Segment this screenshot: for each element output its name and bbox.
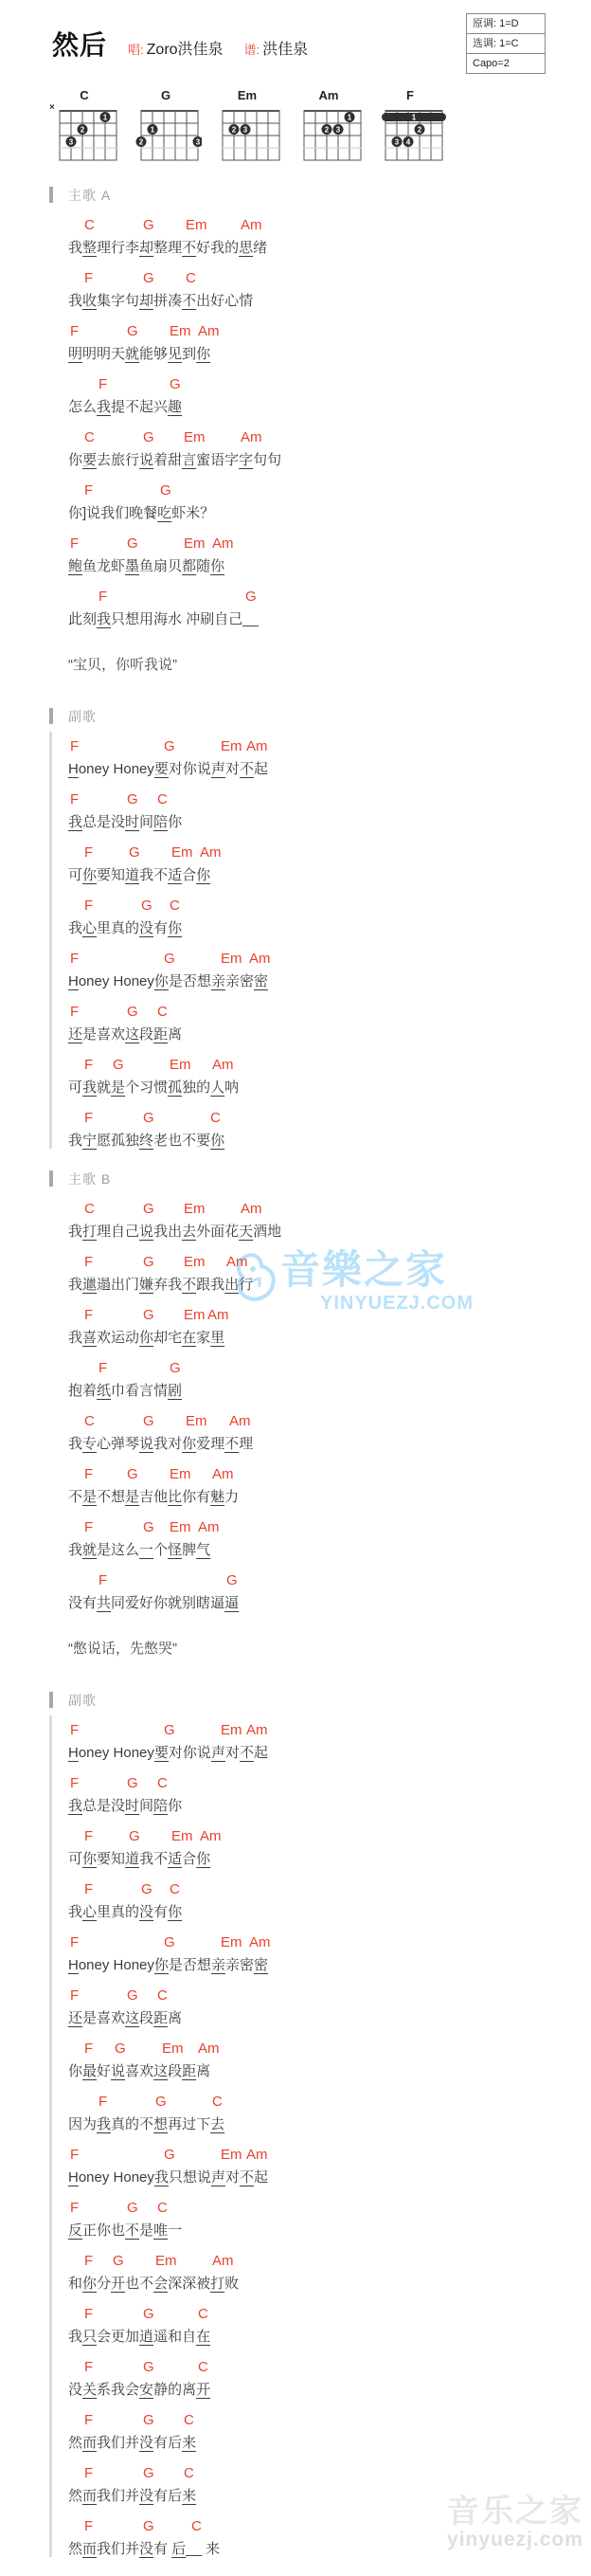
chord-label: F bbox=[98, 1360, 107, 1376]
lyric-line-group: FGEmAmHoney Honey要对你说声对不起 bbox=[68, 1714, 591, 1767]
chord-diagram-C: C×123 bbox=[48, 87, 120, 171]
chord-sheet-page: 原调: 1=D 选调: 1=C Capo=2 然后唱:Zoro洪佳泉谱:洪佳泉 … bbox=[0, 0, 591, 2576]
underlined-char: 没 bbox=[139, 2435, 153, 2451]
chord-label: F bbox=[70, 1004, 79, 1020]
lyric-line-group: FGC反正你也不是唯一 bbox=[68, 2191, 591, 2244]
chord-label: F bbox=[70, 738, 79, 754]
underlined-char: 去 bbox=[182, 1224, 196, 1240]
quote-line: “宝贝，你听我说” bbox=[68, 652, 591, 679]
lyric-line-group: FGC我收集字句却拼凑不出好心情 bbox=[68, 262, 591, 315]
chord-label: Am bbox=[200, 844, 222, 861]
lyric-line-group: FGC因为我真的不想再过下去 bbox=[68, 2085, 591, 2138]
chord-label: G bbox=[143, 2359, 154, 2375]
svg-text:1: 1 bbox=[348, 113, 352, 121]
chord-row: FGEmAm bbox=[68, 1511, 591, 1538]
score-name: 洪佳泉 bbox=[262, 42, 308, 58]
lyric-row: 我打理自己说我出去外面花天酒地 bbox=[68, 1220, 591, 1245]
lyric-line-group: FGC我总是没时间陪你 bbox=[68, 783, 591, 836]
lyric-line-group: FG怎么我提不起兴趣 bbox=[68, 368, 591, 421]
lyric-row: 我只会更加逍遥和自在 bbox=[68, 2325, 591, 2350]
chord-row: FG bbox=[68, 1564, 591, 1591]
section-label: 副歌 bbox=[68, 709, 97, 724]
svg-text:4: 4 bbox=[406, 137, 411, 146]
lyric-line-group: FGC没关系我会安静的离开 bbox=[68, 2350, 591, 2404]
underlined-char: 却 bbox=[139, 293, 153, 309]
underlined-char: 逼 bbox=[224, 1595, 239, 1611]
chord-row: FGC bbox=[68, 2085, 591, 2113]
underlined-char: 亲 bbox=[211, 1957, 225, 1973]
svg-text:3: 3 bbox=[69, 137, 74, 146]
lyric-row: 可你要知道我不适合你 bbox=[68, 1847, 591, 1873]
chord-label: G bbox=[143, 1307, 154, 1323]
underlined-char: 孤 bbox=[168, 1079, 182, 1096]
lyric-row: Honey Honey我只想说声对不起 bbox=[68, 2166, 591, 2191]
lyric-row: 怎么我提不起兴趣 bbox=[68, 395, 591, 421]
lyric-row: 我就是这么一个怪脾气 bbox=[68, 1538, 591, 1564]
lyric-line-group: FGEmAm可你要知道我不适合你 bbox=[68, 836, 591, 889]
lyric-line-group: FGEmAm不是不想是吉他比你有魅力 bbox=[68, 1458, 591, 1511]
underlined-char: 而 bbox=[82, 2435, 97, 2451]
underlined-char: 我 bbox=[154, 2169, 169, 2186]
underlined-char: 你 bbox=[196, 346, 210, 362]
lyric-row: 可我就是个习惯孤独的人呐 bbox=[68, 1076, 591, 1101]
chord-label: Am bbox=[198, 2041, 220, 2057]
chord-label: Em bbox=[221, 2147, 242, 2163]
chord-row: FG bbox=[68, 580, 591, 608]
chord-label: F bbox=[84, 898, 93, 914]
lyric-row: 抱着纸巾看言情剧 bbox=[68, 1379, 591, 1405]
chord-row: FGC bbox=[68, 783, 591, 810]
chord-label: Am bbox=[246, 2147, 268, 2163]
lyric-line-group: FGEmAmHoney Honey我只想说声对不起 bbox=[68, 2138, 591, 2191]
chord-label: F bbox=[84, 1519, 93, 1535]
lyric-row: 和你分开也不会深深被打败 bbox=[68, 2272, 591, 2297]
chord-row: FGEmAm bbox=[68, 1458, 591, 1485]
lyric-row: 我总是没时间陪你 bbox=[68, 810, 591, 836]
section-label-bar bbox=[49, 1170, 53, 1187]
section-label: 副歌 bbox=[68, 1693, 97, 1708]
chord-row: FGEmAm bbox=[68, 2032, 591, 2059]
chord-label: C bbox=[84, 429, 95, 445]
underlined-char: 会 bbox=[153, 2276, 168, 2292]
key-info-box: 原调: 1=D 选调: 1=C Capo=2 bbox=[466, 13, 546, 74]
section-verse-b: 主歌 BCGEmAm我打理自己说我出去外面花天酒地FGEmAm我邋遢出门嫌弃我不… bbox=[68, 1166, 591, 1617]
underlined-char: 专 bbox=[82, 1436, 97, 1452]
underlined-char: 你 bbox=[196, 867, 210, 883]
underlined-char: 后 bbox=[171, 2541, 186, 2557]
score-label: 谱: bbox=[244, 43, 260, 57]
underlined-char: 都 bbox=[182, 558, 196, 574]
underlined-char: 人 bbox=[210, 1079, 224, 1096]
underlined-char: 打 bbox=[82, 1224, 97, 1240]
underlined-char: 不 bbox=[240, 2169, 254, 2186]
chord-label: G bbox=[143, 2306, 154, 2322]
chord-row: FGEmAm bbox=[68, 836, 591, 863]
underlined-char: 你 bbox=[82, 867, 97, 883]
chord-label: F bbox=[84, 1307, 93, 1323]
chord-label: Em bbox=[155, 2253, 177, 2269]
chord-label: F bbox=[84, 2253, 93, 2269]
underlined-char: 还 bbox=[68, 1026, 82, 1043]
chord-row: FGEmAm bbox=[68, 1048, 591, 1076]
chord-row: FGC bbox=[68, 262, 591, 289]
chord-label: G bbox=[226, 1572, 238, 1588]
underlined-char: 你 bbox=[82, 2276, 97, 2292]
chord-label: G bbox=[245, 589, 257, 605]
section-label: 主歌 A bbox=[68, 188, 111, 203]
chord-label: G bbox=[143, 2518, 154, 2534]
underlined-char: 思 bbox=[239, 240, 253, 256]
lyric-row: 我邋遢出门嫌弃我不跟我出行 bbox=[68, 1273, 591, 1298]
underlined-char: 不 bbox=[182, 293, 196, 309]
chord-label: G bbox=[127, 1004, 138, 1020]
lyric-row: Honey Honey要对你说声对不起 bbox=[68, 1741, 591, 1767]
svg-text:2: 2 bbox=[418, 125, 422, 134]
underlined-char: 字 bbox=[239, 452, 253, 468]
underlined-char: 适 bbox=[168, 867, 182, 883]
underlined-char: 时 bbox=[125, 814, 139, 830]
underlined-char: 不 bbox=[240, 1745, 254, 1761]
underlined-char: 你 bbox=[210, 558, 224, 574]
lyric-line-group: FGEmAm明明明天就能够见到你 bbox=[68, 315, 591, 368]
chord-label: F bbox=[70, 2147, 79, 2163]
chord-label: G bbox=[127, 323, 138, 339]
section-lines: CGEmAm我打理自己说我出去外面花天酒地FGEmAm我邋遢出门嫌弃我不跟我出行… bbox=[68, 1192, 591, 1617]
chord-row: CGEmAm bbox=[68, 209, 591, 236]
underlined-char: 只 bbox=[82, 2329, 97, 2345]
underlined-char: 陪 bbox=[153, 814, 168, 830]
chord-label: Am bbox=[200, 1828, 222, 1844]
lyric-line-group: CGEmAm我打理自己说我出去外面花天酒地 bbox=[68, 1192, 591, 1245]
section-lines: FGEmAmHoney Honey要对你说声对不起FGC我总是没时间陪你FGEm… bbox=[68, 1714, 591, 2563]
chord-label: G bbox=[129, 1828, 140, 1844]
chord-label: Am bbox=[249, 951, 271, 967]
chord-label: Em bbox=[170, 1057, 191, 1073]
chord-label: Am bbox=[241, 217, 262, 233]
underlined-char: 开 bbox=[196, 2382, 210, 2398]
chord-label: G bbox=[127, 2200, 138, 2216]
svg-text:3: 3 bbox=[336, 125, 341, 134]
underlined-char: 比 bbox=[168, 1489, 182, 1505]
chord-row: FGEmAm bbox=[68, 2138, 591, 2166]
section-label-row: 副歌 bbox=[68, 703, 591, 730]
lyric-row: 我收集字句却拼凑不出好心情 bbox=[68, 289, 591, 315]
chord-label: F bbox=[70, 791, 79, 807]
score-credit: 谱:洪佳泉 bbox=[244, 42, 309, 58]
chord-label: G bbox=[115, 2041, 126, 2057]
chord-label: Am bbox=[212, 1466, 234, 1482]
underlined-char: 就 bbox=[125, 346, 139, 362]
chord-label: G bbox=[143, 1254, 154, 1270]
lyric-line-group: FGEmAm我喜欢运动你却宅在家里 bbox=[68, 1298, 591, 1351]
chord-label: C bbox=[191, 2518, 202, 2534]
chord-row: FGC bbox=[68, 2404, 591, 2431]
underlined-char: 说 bbox=[139, 1224, 153, 1240]
section-lines: FGEmAmHoney Honey要对你说声对不起FGC我总是没时间陪你FGEm… bbox=[68, 730, 591, 1154]
key-capo: Capo=2 bbox=[467, 53, 545, 73]
chord-label: F bbox=[84, 2412, 93, 2428]
underlined-char: 密 bbox=[254, 973, 268, 989]
underlined-char: 声 bbox=[211, 761, 225, 777]
chord-row: FGEmAm bbox=[68, 527, 591, 554]
chord-label: C bbox=[157, 1004, 168, 1020]
chord-label: C bbox=[157, 1775, 168, 1791]
section-label-bar bbox=[49, 187, 53, 203]
lyric-row: 然而我们并没有后来 bbox=[68, 2484, 591, 2510]
chord-diagrams: C×123G123Em23Am123F1234 bbox=[48, 87, 591, 171]
svg-text:3: 3 bbox=[196, 137, 201, 146]
lyric-row: 我喜欢运动你却宅在家里 bbox=[68, 1326, 591, 1351]
chord-row: FGC bbox=[68, 1873, 591, 1900]
underlined-char: 安 bbox=[139, 2382, 153, 2398]
chord-row: FGC bbox=[68, 995, 591, 1023]
lyric-line-group: FGEmAm可你要知道我不适合你 bbox=[68, 1820, 591, 1873]
lyric-row: 反正你也不是唯一 bbox=[68, 2219, 591, 2244]
chord-label: G bbox=[155, 2094, 167, 2110]
underlined-char: 关 bbox=[82, 2382, 97, 2398]
underlined-char: 你 bbox=[168, 920, 182, 936]
chord-label: Am bbox=[241, 429, 262, 445]
chord-label: F bbox=[84, 1110, 93, 1126]
underlined-char: 道 bbox=[125, 1851, 139, 1867]
lyric-line-group: FG此刻我只想用海水 冲刷自己__ bbox=[68, 580, 591, 633]
chord-label: F bbox=[70, 2200, 79, 2216]
lyric-row: 然而我们并没有 后__ 来 bbox=[68, 2537, 591, 2563]
underlined-char: 喜 bbox=[82, 1330, 97, 1346]
chord-label: C bbox=[157, 1987, 168, 2004]
chord-label: F bbox=[84, 1828, 93, 1844]
vocal-label: 唱: bbox=[128, 43, 144, 57]
chord-grid: ×123 bbox=[48, 103, 120, 166]
underlined-char: 见 bbox=[168, 346, 182, 362]
svg-text:3: 3 bbox=[243, 125, 248, 134]
lyric-row: 没关系我会安静的离开 bbox=[68, 2378, 591, 2404]
underlined-char: H bbox=[68, 1745, 79, 1761]
chord-label: Em bbox=[221, 951, 242, 967]
underlined-char: 适 bbox=[168, 1851, 182, 1867]
underlined-char: 是 bbox=[82, 1489, 97, 1505]
underlined-char: 收 bbox=[82, 293, 97, 309]
lyric-line-group: FGC还是喜欢这段距离 bbox=[68, 1979, 591, 2032]
lyric-row: 我专心弹琴说我对你爱理不理 bbox=[68, 1432, 591, 1458]
svg-text:2: 2 bbox=[81, 125, 85, 134]
section-guide-bar bbox=[49, 1715, 52, 2557]
chord-label: F bbox=[84, 1057, 93, 1073]
chord-grid: 23 bbox=[211, 103, 283, 166]
chord-label: Em bbox=[171, 844, 193, 861]
svg-text:3: 3 bbox=[395, 137, 400, 146]
chord-label: F bbox=[70, 323, 79, 339]
svg-text:2: 2 bbox=[325, 125, 330, 134]
chord-row: FGEmAm bbox=[68, 942, 591, 970]
underlined-char: 趣 bbox=[168, 399, 182, 415]
chord-grid: 1234 bbox=[374, 103, 446, 166]
chord-row: FGEmAm bbox=[68, 1926, 591, 1953]
underlined-char: 我 bbox=[97, 399, 111, 415]
chord-row: FGC bbox=[68, 2457, 591, 2484]
svg-text:×: × bbox=[49, 103, 55, 113]
chord-label: C bbox=[170, 1881, 180, 1897]
chord-label: Em bbox=[221, 1722, 242, 1738]
chord-label: G bbox=[164, 1722, 175, 1738]
chord-label: G bbox=[127, 1987, 138, 2004]
chord-label: G bbox=[141, 898, 152, 914]
lyric-row: 此刻我只想用海水 冲刷自己__ bbox=[68, 608, 591, 633]
chord-label: C bbox=[157, 2200, 168, 2216]
underlined-char: 陪 bbox=[153, 1798, 168, 1814]
chord-grid: 123 bbox=[130, 103, 202, 166]
chord-label: F bbox=[70, 1934, 79, 1950]
underlined-char: 不 bbox=[125, 2222, 139, 2239]
chord-row: FGEmAm bbox=[68, 1245, 591, 1273]
vocal-credit: 唱:Zoro洪佳泉 bbox=[128, 42, 224, 58]
svg-text:2: 2 bbox=[232, 125, 237, 134]
lyric-line-group: FGEmAm你最好说喜欢这段距离 bbox=[68, 2032, 591, 2085]
underlined-char: 你 bbox=[154, 973, 169, 989]
chord-label: F bbox=[70, 1987, 79, 2004]
chord-row: FGC bbox=[68, 1767, 591, 1794]
underlined-char: 明 bbox=[68, 346, 82, 362]
lyric-row: Honey Honey要对你说声对不起 bbox=[68, 757, 591, 783]
chord-label: G bbox=[170, 1360, 181, 1376]
section-lines: CGEmAm我整理行李却整理不好我的思绪FGC我收集字句却拼凑不出好心情FGEm… bbox=[68, 209, 591, 633]
underlined-char: 没 bbox=[139, 1904, 153, 1920]
lyric-line-group: CGEmAm你要去旅行说着甜言蜜语字字句句 bbox=[68, 421, 591, 474]
lyric-row: 我宁愿孤独终老也不要你 bbox=[68, 1129, 591, 1154]
chord-label: G bbox=[127, 535, 138, 552]
underlined-char: 唯 bbox=[153, 2222, 168, 2239]
chord-label: Am bbox=[212, 1057, 234, 1073]
chord-label: F bbox=[70, 951, 79, 967]
underlined-char: 不 bbox=[182, 240, 196, 256]
underlined-char: 没 bbox=[139, 2488, 153, 2504]
chord-label: Am bbox=[207, 1307, 229, 1323]
chord-row: FGC bbox=[68, 1979, 591, 2006]
section-chorus-1: 副歌FGEmAmHoney Honey要对你说声对不起FGC我总是没时间陪你FG… bbox=[68, 703, 591, 1154]
svg-text:1: 1 bbox=[412, 114, 417, 122]
underlined-char: 这 bbox=[125, 2010, 139, 2026]
chord-row: FGEmAm bbox=[68, 1820, 591, 1847]
chord-label: G bbox=[170, 376, 181, 392]
chord-label: F bbox=[98, 2094, 107, 2110]
underlined-char: 说 bbox=[139, 1436, 153, 1452]
lyric-row: 没有共同爱好你就别瞎逼逼 bbox=[68, 1591, 591, 1617]
chord-label: G bbox=[164, 2147, 175, 2163]
underlined-char: 距 bbox=[182, 2063, 196, 2079]
chord-label: Am bbox=[198, 1519, 220, 1535]
lyric-line-group: FGC我只会更加逍遥和自在 bbox=[68, 2297, 591, 2350]
chord-label: F bbox=[84, 2359, 93, 2375]
underlined-char: 你 bbox=[182, 1436, 196, 1452]
underlined-char: 我 bbox=[68, 814, 82, 830]
chord-label: Am bbox=[212, 535, 234, 552]
chord-label: Em bbox=[170, 1466, 191, 1482]
underlined-char: 没 bbox=[139, 2541, 153, 2557]
chord-row: FGC bbox=[68, 2297, 591, 2325]
underlined-char: 打 bbox=[210, 2276, 224, 2292]
svg-text:2: 2 bbox=[139, 137, 144, 146]
lyric-line-group: CGEmAm我专心弹琴说我对你爱理不理 bbox=[68, 1405, 591, 1458]
lyric-line-group: FG抱着纸巾看言情剧 bbox=[68, 1351, 591, 1405]
chord-label: Em bbox=[184, 1254, 206, 1270]
lyric-line-group: FGC我心里真的没有你 bbox=[68, 889, 591, 942]
svg-text:1: 1 bbox=[103, 113, 108, 121]
chord-diagram-Em: Em23 bbox=[211, 87, 283, 171]
underlined-char: 你 bbox=[154, 1957, 169, 1973]
chord-row: FGC bbox=[68, 1101, 591, 1129]
chord-label: F bbox=[84, 2465, 93, 2481]
underlined-char: 出 bbox=[224, 1277, 239, 1293]
chord-label: Em bbox=[184, 1307, 206, 1323]
underlined-char: 我 bbox=[97, 611, 111, 627]
lyric-line-group: FGEmAm可我就是个习惯孤独的人呐 bbox=[68, 1048, 591, 1101]
chord-label: G bbox=[143, 1201, 154, 1217]
underlined-char: 我 bbox=[97, 2116, 111, 2132]
lyric-line-group: FGEmAmHoney Honey你是否想亲亲密密 bbox=[68, 942, 591, 995]
underlined-char: 来 bbox=[182, 2435, 196, 2451]
underlined-char: 里 bbox=[210, 1330, 224, 1346]
lyric-row: 你最好说喜欢这段距离 bbox=[68, 2059, 591, 2085]
underlined-char: 就 bbox=[82, 1542, 97, 1558]
lyric-row: Honey Honey你是否想亲亲密密 bbox=[68, 1953, 591, 1979]
chord-diagram-name: F bbox=[374, 87, 446, 103]
chord-label: G bbox=[164, 738, 175, 754]
lyric-row: 鲍鱼龙虾墨鱼扇贝都随你 bbox=[68, 554, 591, 580]
underlined-char: 言 bbox=[182, 452, 196, 468]
chord-label: G bbox=[143, 270, 154, 286]
underlined-char: 纸 bbox=[97, 1383, 111, 1399]
chord-row: FGEmAm bbox=[68, 2244, 591, 2272]
underlined-char: 逍 bbox=[139, 2329, 153, 2345]
underlined-char: 距 bbox=[153, 2010, 168, 2026]
underlined-char: 声 bbox=[211, 1745, 225, 1761]
lyric-row: 我整理行李却整理不好我的思绪 bbox=[68, 236, 591, 262]
underlined-char: 而 bbox=[82, 2488, 97, 2504]
chord-row: FGEmAm bbox=[68, 1714, 591, 1741]
chord-row: FG bbox=[68, 368, 591, 395]
chord-label: Em bbox=[184, 1201, 206, 1217]
quote-line: “憋说话，先憋哭” bbox=[68, 1636, 591, 1662]
chord-label: G bbox=[143, 1110, 154, 1126]
section-label-bar bbox=[49, 1692, 53, 1708]
lyric-row: 我心里真的没有你 bbox=[68, 1900, 591, 1926]
chord-diagram-name: Am bbox=[293, 87, 365, 103]
chord-label: F bbox=[84, 2306, 93, 2322]
chord-label: G bbox=[143, 429, 154, 445]
chord-label: C bbox=[84, 1201, 95, 1217]
underlined-char: 剧 bbox=[168, 1383, 182, 1399]
vocal-name: Zoro洪佳泉 bbox=[147, 42, 224, 58]
underlined-char: 亲 bbox=[211, 973, 225, 989]
section-chorus-2: 副歌FGEmAmHoney Honey要对你说声对不起FGC我总是没时间陪你FG… bbox=[68, 1687, 591, 2563]
chord-grid: 123 bbox=[293, 103, 365, 166]
lyric-line-group: FGEmAmHoney Honey你是否想亲亲密密 bbox=[68, 1926, 591, 1979]
lyric-line-group: FGEmAm我邋遢出门嫌弃我不跟我出行 bbox=[68, 1245, 591, 1298]
chord-diagram-name: Em bbox=[211, 87, 283, 103]
underlined-char: 没 bbox=[139, 920, 153, 936]
chord-label: C bbox=[186, 270, 196, 286]
underlined-char: 怪 bbox=[168, 1542, 182, 1558]
chord-label: Em bbox=[186, 217, 207, 233]
chord-label: Em bbox=[170, 1519, 191, 1535]
svg-text:1: 1 bbox=[151, 125, 155, 134]
underlined-char: 不 bbox=[240, 761, 254, 777]
underlined-char: 在 bbox=[182, 1330, 196, 1346]
lyric-line-group: FGEmAm鲍鱼龙虾墨鱼扇贝都随你 bbox=[68, 527, 591, 580]
underlined-char: 在 bbox=[196, 2329, 210, 2345]
lyric-line-group: FGC还是喜欢这段距离 bbox=[68, 995, 591, 1048]
underlined-char: 密 bbox=[254, 1957, 268, 1973]
